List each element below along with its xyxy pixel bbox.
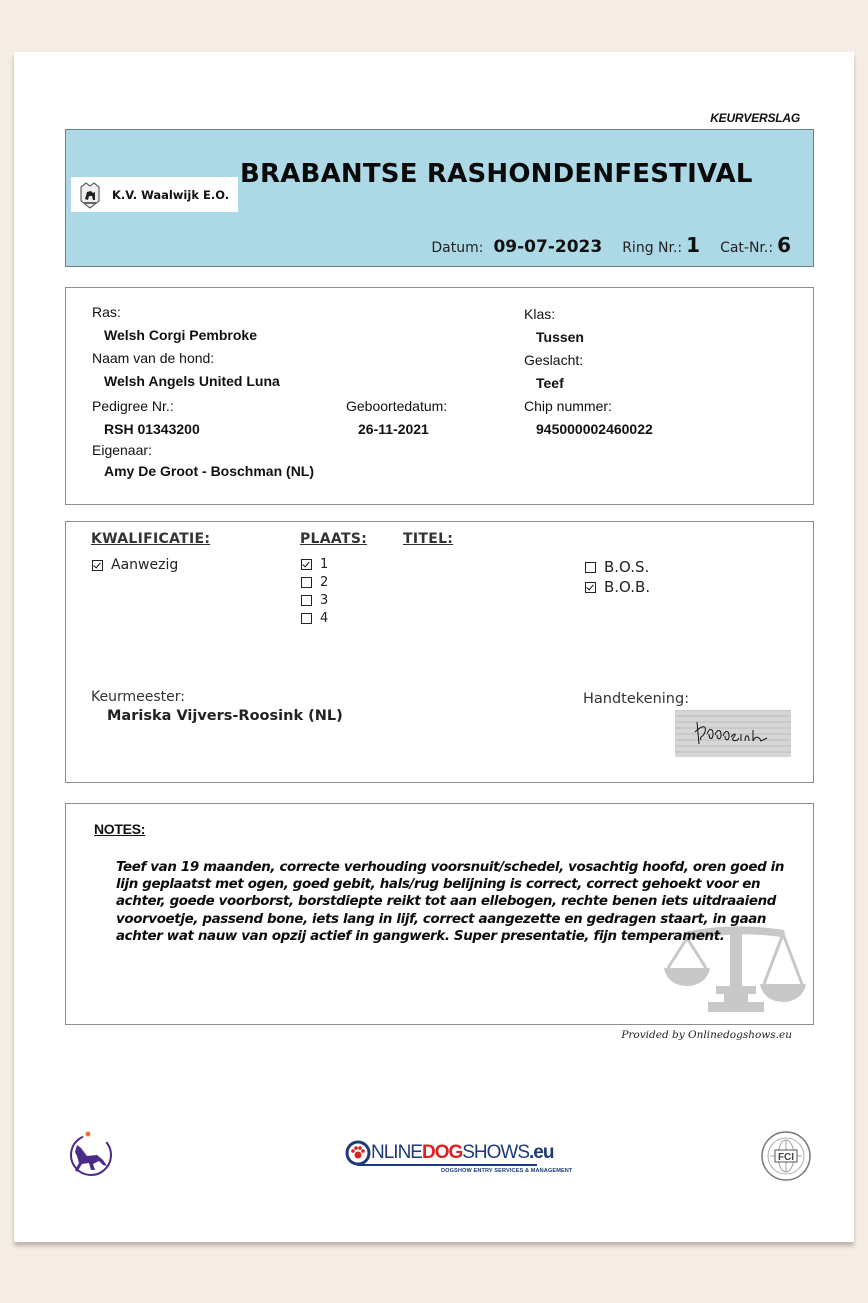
jumping-dog-logo-icon xyxy=(67,1130,115,1178)
judge-label: Keurmeester: xyxy=(91,689,185,705)
ods-text-dog: DOG xyxy=(422,1142,462,1163)
class-value: Tussen xyxy=(536,329,584,345)
date-label: Datum: xyxy=(431,240,483,256)
club-emblem-icon xyxy=(78,181,102,209)
ring-value: 1 xyxy=(686,233,700,257)
notes-text: Teef van 19 maanden, correcte verhouding… xyxy=(116,859,806,945)
placement-label: 2 xyxy=(320,575,328,590)
class-label: Klas: xyxy=(524,306,555,322)
dog-name-value: Welsh Angels United Luna xyxy=(104,373,280,389)
placement-list: 1 2 3 4 xyxy=(301,557,328,626)
checkbox-empty-icon[interactable] xyxy=(301,595,312,606)
fci-logo: FCI xyxy=(760,1130,812,1186)
birthdate-value: 26-11-2021 xyxy=(358,421,429,437)
notes-box: NOTES: Teef van 19 maanden, correcte ver… xyxy=(65,803,814,1025)
chip-label: Chip nummer: xyxy=(524,398,612,414)
judge-name: Mariska Vijvers-Roosink (NL) xyxy=(107,708,343,724)
ods-text-online: NLINE xyxy=(371,1142,422,1163)
signature-scribble-icon xyxy=(675,710,791,757)
onlinedogshows-logo[interactable]: NLINEDOGSHOWS.eu DOGSHOW ENTRY SERVICES … xyxy=(345,1140,572,1174)
birthdate-label: Geboortedatum: xyxy=(346,398,447,414)
owner-value: Amy De Groot - Boschman (NL) xyxy=(104,463,314,479)
ods-underline xyxy=(357,1164,537,1166)
signature-image xyxy=(675,710,791,757)
placement-label: 3 xyxy=(320,593,328,608)
dog-details-box: Ras: Welsh Corgi Pembroke Naam van de ho… xyxy=(65,287,814,505)
qualification-label: Aanwezig xyxy=(111,557,178,573)
placement-label: 1 xyxy=(320,557,328,572)
pedigree-value: RSH 01343200 xyxy=(104,421,200,437)
fci-globe-icon: FCI xyxy=(760,1130,812,1182)
qualification-aanwezig[interactable]: Aanwezig xyxy=(92,557,178,573)
show-meta: Datum: 09-07-2023 Ring Nr.: 1 Cat-Nr.: 6 xyxy=(431,233,791,257)
title-heading: TITEL: xyxy=(403,531,453,547)
svg-text:FCI: FCI xyxy=(778,1152,794,1163)
placement-heading: PLAATS: xyxy=(300,531,367,547)
cat-label: Cat-Nr.: xyxy=(720,240,773,256)
ods-text-eu: .eu xyxy=(529,1142,553,1163)
title-option-bos[interactable]: B.O.S. xyxy=(585,558,650,576)
title-label: B.O.S. xyxy=(604,558,649,576)
placement-option-1[interactable]: 1 xyxy=(301,557,328,572)
ods-wordmark: NLINEDOGSHOWS.eu DOGSHOW ENTRY SERVICES … xyxy=(371,1140,572,1174)
club-logo: K.V. Waalwijk E.O. xyxy=(71,177,238,212)
checkbox-checked-icon[interactable] xyxy=(301,559,312,570)
club-name: K.V. Waalwijk E.O. xyxy=(112,188,229,202)
placement-option-2[interactable]: 2 xyxy=(301,575,328,590)
document-type-label: KEURVERSLAG xyxy=(710,111,800,125)
checkbox-empty-icon[interactable] xyxy=(301,613,312,624)
ods-text-shows: SHOWS xyxy=(462,1142,529,1163)
paw-circle-icon xyxy=(345,1140,371,1166)
judging-box: KWALIFICATIE: PLAATS: TITEL: Aanwezig 1 … xyxy=(65,521,814,783)
provided-by-text: Provided by Onlinedogshows.eu xyxy=(621,1029,792,1041)
sex-label: Geslacht: xyxy=(524,352,583,368)
notes-heading: NOTES: xyxy=(94,821,145,837)
chip-value: 945000002460022 xyxy=(536,421,653,437)
judging-report-page: KEURVERSLAG K.V. Waalwijk E.O. BRABANTSE… xyxy=(14,52,854,1242)
checkbox-empty-icon[interactable] xyxy=(301,577,312,588)
dog-name-label: Naam van de hond: xyxy=(92,350,214,366)
cat-value: 6 xyxy=(777,233,791,257)
left-dog-logo xyxy=(67,1130,115,1182)
signature-label: Handtekening: xyxy=(583,691,689,707)
checkbox-checked-icon[interactable] xyxy=(585,582,596,593)
sex-value: Teef xyxy=(536,375,564,391)
title-list: B.O.S. B.O.B. xyxy=(585,558,650,596)
checkbox-checked-icon[interactable] xyxy=(92,560,103,571)
date-value: 09-07-2023 xyxy=(493,237,602,257)
checkbox-empty-icon[interactable] xyxy=(585,562,596,573)
title-option-bob[interactable]: B.O.B. xyxy=(585,578,650,596)
ring-label: Ring Nr.: xyxy=(622,240,682,256)
breed-value: Welsh Corgi Pembroke xyxy=(104,327,257,343)
qualification-heading: KWALIFICATIE: xyxy=(91,531,210,547)
pedigree-label: Pedigree Nr.: xyxy=(92,398,174,414)
owner-label: Eigenaar: xyxy=(92,442,152,458)
title-label: B.O.B. xyxy=(604,578,650,596)
breed-label: Ras: xyxy=(92,304,121,320)
ods-tagline: DOGSHOW ENTRY SERVICES & MANAGEMENT xyxy=(441,1168,572,1174)
placement-option-4[interactable]: 4 xyxy=(301,611,328,626)
placement-option-3[interactable]: 3 xyxy=(301,593,328,608)
show-title: BRABANTSE RASHONDENFESTIVAL xyxy=(240,159,753,189)
report-header: K.V. Waalwijk E.O. BRABANTSE RASHONDENFE… xyxy=(65,129,814,267)
placement-label: 4 xyxy=(320,611,328,626)
